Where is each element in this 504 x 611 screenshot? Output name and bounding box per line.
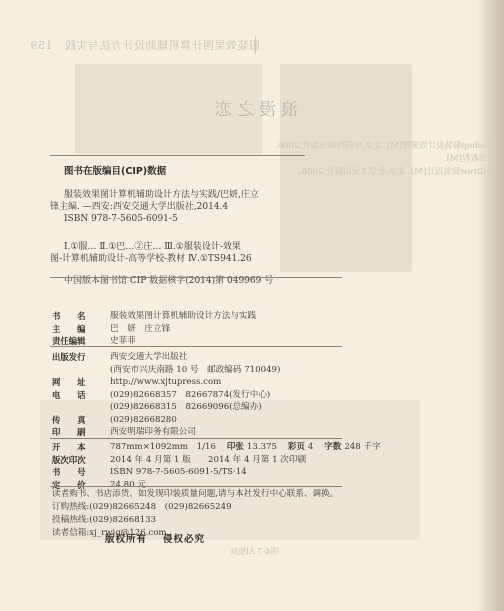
words-value: 248 千字 — [344, 442, 380, 452]
copyright-notice: 版权所有侵权必究 — [105, 531, 205, 545]
book-title-row: 书 名 服装效果图计算机辅助设计方法与实践 — [52, 310, 256, 323]
cip-subject-line: Ⅰ.①服… Ⅱ.①巴…②庄… Ⅲ.①服装设计-效果 — [50, 241, 300, 253]
isbn-row: 书 号 ISBN 978-7-5605-6091-5/TS·14 — [52, 466, 381, 479]
publisher-block: 出版发行 西安交通大学出版社 (西安市兴庆南路 10 号 邮政编码 710049… — [52, 351, 280, 439]
cip-block: 服装效果图计算机辅助设计方法与实践/巴妍,庄立 锋主编. —西安:西安交通大学出… — [50, 189, 300, 287]
editor-in-chief-row: 主 编 巴 妍 庄立锋 — [52, 323, 256, 336]
website-value: http://www.xjtupress.com — [110, 376, 221, 389]
website-row: 网 址 http://www.xjtupress.com — [52, 376, 280, 389]
field-label: 字数 — [324, 442, 341, 452]
cip-entry-line: 锋主编. —西安:西安交通大学出版社,2014.4 — [50, 201, 300, 213]
fax-value: (029)82668280 — [110, 414, 177, 427]
book-info-block: 书 名 服装效果图计算机辅助设计方法与实践 主 编 巴 妍 庄立锋 责任编辑 史… — [52, 310, 256, 348]
submission-hotline: 投稿热线:(029)82668133 — [52, 514, 338, 527]
cip-subject-line: 图-计算机辅助设计-高等学校-教材 Ⅳ.①TS941.26 — [50, 253, 300, 265]
copyright-text: 版权所有 — [105, 534, 147, 545]
publisher-value: 西安交通大学出版社 — [110, 351, 187, 364]
cip-isbn: ISBN 978-7-5605-6091-5 — [50, 213, 300, 225]
reader-notice-line: 读者购书、书店添货、如发现印装质量问题,请与本社发行中心联系、调换。 — [52, 488, 338, 501]
edition-value: 2014 年 4 月第 1 版 2014 年 4 月第 1 次印刷 — [110, 454, 306, 467]
field-label: 书 号 — [52, 466, 102, 479]
editors-value: 巴 妍 庄立锋 — [110, 323, 170, 336]
format-row: 开 本 787mm×1092mm 1/16 印张13.375 彩页4 字数248… — [52, 441, 381, 454]
field-label: 印张 — [227, 442, 244, 452]
address-row: (西安市兴庆南路 10 号 邮政编码 710049) — [52, 364, 280, 377]
divider — [50, 277, 342, 278]
field-label-empty — [52, 364, 102, 377]
format-value: 787mm×1092mm 1/16 — [110, 442, 216, 452]
field-label-empty — [52, 401, 102, 414]
divider — [50, 346, 342, 347]
field-label: 彩页 — [288, 442, 305, 452]
format-values: 787mm×1092mm 1/16 印张13.375 彩页4 字数248 千字 — [110, 441, 381, 454]
field-label: 电 话 — [52, 389, 102, 402]
field-label: 出版发行 — [52, 351, 102, 364]
book-title-value: 服装效果图计算机辅助设计方法与实践 — [110, 310, 256, 323]
plates-value: 4 — [308, 442, 313, 452]
divider — [50, 155, 305, 156]
fax-row: 传 真 (029)82668280 — [52, 414, 280, 427]
cip-heading: 图书在版编目(CIP)数据 — [64, 163, 166, 177]
specs-block: 开 本 787mm×1092mm 1/16 印张13.375 彩页4 字数248… — [52, 441, 381, 491]
infringement-text: 侵权必究 — [163, 534, 205, 545]
publisher-row: 出版发行 西安交通大学出版社 — [52, 351, 280, 364]
cip-entry-line: 服装效果图计算机辅助设计方法与实践/巴妍,庄立 — [50, 189, 300, 201]
sheets-value: 13.375 — [247, 442, 277, 452]
divider — [50, 438, 342, 439]
field-label: 版次印次 — [52, 454, 102, 467]
field-label: 主 编 — [52, 323, 102, 336]
phone-value: (029)82668315 82669096(总编办) — [110, 401, 262, 414]
copyright-page: 图书在版编目(CIP)数据 服装效果图计算机辅助设计方法与实践/巴妍,庄立 锋主… — [0, 0, 504, 611]
isbn-value: ISBN 978-7-5605-6091-5/TS·14 — [110, 466, 247, 479]
order-hotline: 订购热线:(029)82665248 (029)82665249 — [52, 501, 338, 514]
phone-row: 电 话 (029)82668357 82667874(发行中心) — [52, 389, 280, 402]
field-label: 书 名 — [52, 310, 102, 323]
phone-row-2: (029)82668315 82669096(总编办) — [52, 401, 280, 414]
divider — [50, 486, 342, 487]
field-label: 印 刷 — [52, 426, 102, 439]
phone-value: (029)82668357 82667874(发行中心) — [110, 389, 270, 402]
printer-row: 印 刷 西安明瑞印务有限公司 — [52, 426, 280, 439]
field-label: 传 真 — [52, 414, 102, 427]
field-label: 网 址 — [52, 376, 102, 389]
page-edge-shadow — [476, 0, 504, 611]
address-value: (西安市兴庆南路 10 号 邮政编码 710049) — [110, 364, 280, 377]
edition-row: 版次印次 2014 年 4 月第 1 版 2014 年 4 月第 1 次印刷 — [52, 454, 381, 467]
field-label: 开 本 — [52, 441, 102, 454]
printer-value: 西安明瑞印务有限公司 — [110, 426, 196, 439]
